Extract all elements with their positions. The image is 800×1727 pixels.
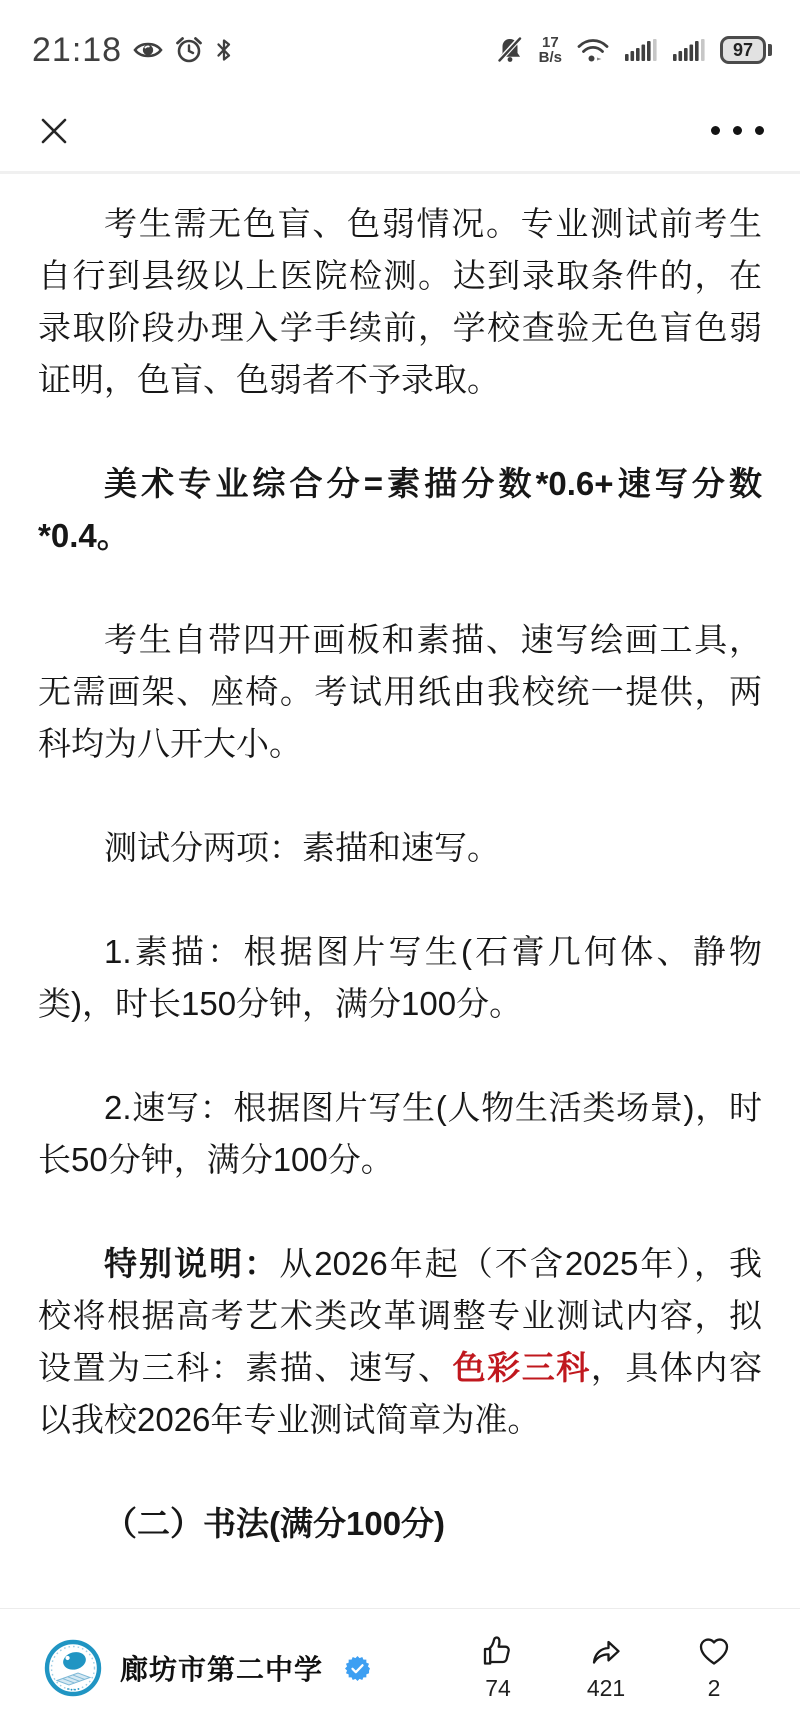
article-paragraph: 考生需无色盲、色弱情况。专业测试前考生自行到县级以上医院检测。达到录取条件的，在… [38,198,762,406]
article-paragraph: 测试分两项：素描和速写。 [38,822,762,874]
close-icon [36,113,72,149]
text-run: 1.素描：根据图片写生(石膏几何体、静物类)，时长150分钟，满分100分。 [38,933,762,1022]
text-run: *0.4。 [38,517,130,554]
article-paragraph: 2.速写：根据图片写生(人物生活类场景)，时长50分钟，满分100分。 [38,1082,762,1186]
account-logo [44,1639,102,1697]
article-paragraph: 考生自带四开画板和素描、速写绘画工具，无需画架、座椅。考试用纸由我校统一提供，两… [38,614,762,770]
battery-percent: 97 [720,36,766,64]
text-run: （二）书法(满分100分) [104,1505,445,1542]
favorite-count: 2 [708,1675,721,1702]
like-count: 74 [485,1675,511,1702]
status-bar-left: 21:18 [32,31,234,70]
text-run: 测试分两项：素描和速写。 [104,829,500,866]
battery-nub [768,44,772,56]
share-button[interactable]: 421 [576,1634,636,1702]
muted-bell-icon [495,35,525,65]
like-button[interactable]: 74 [468,1634,528,1702]
account-link[interactable]: 廊坊市第二中学 [44,1639,370,1697]
clock-time: 21:18 [32,31,122,70]
article-body[interactable]: 考生需无色盲、色弱情况。专业测试前考生自行到县级以上医院检测。达到录取条件的，在… [0,171,800,1607]
favorite-button[interactable]: 2 [684,1634,744,1702]
status-bar: 21:18 [0,0,800,90]
text-run: 美术专业综合分=素描分数*0.6+速写分数 [104,465,762,502]
eye-protection-icon [132,38,164,62]
text-run: 2.速写：根据图片写生(人物生活类场景)，时长50分钟，满分100分。 [38,1089,762,1178]
ellipsis-icon [711,126,764,135]
text-run: 考生自带四开画板和素描、速写绘画工具，无需画架、座椅。考试用纸由我校统一提供，两… [38,621,762,762]
article-paragraph: 美术专业综合分=素描分数*0.6+速写分数*0.4。 [38,458,762,562]
status-bar-right: 17 B/s [495,35,772,65]
share-count: 421 [587,1675,625,1702]
text-run: 考生需无色盲、色弱情况。专业测试前考生自行到县级以上医院检测。达到录取条件的，在… [38,205,762,398]
net-speed-indicator: 17 B/s [539,35,562,65]
alarm-clock-icon [174,35,204,65]
bluetooth-icon [214,36,234,64]
action-buttons: 74 421 2 [468,1634,744,1702]
battery-icon: 97 [720,36,772,64]
nav-bar [0,90,800,171]
verified-badge-icon [345,1656,370,1681]
article-paragraph: 1.素描：根据图片写生(石膏几何体、静物类)，时长150分钟，满分100分。 [38,926,762,1030]
highlight-red-text: 色彩三科 [453,1349,591,1386]
text-run: 特别说明： [104,1245,279,1282]
net-speed-value: 17 [542,35,559,50]
article-paragraph: （二）书法(满分100分) [38,1498,762,1550]
article-paragraph: 特别说明：从2026年起（不含2025年），我校将根据高考艺术类改革调整专业测试… [38,1238,762,1446]
account-name: 廊坊市第二中学 [120,1648,323,1688]
thumbs-up-icon [480,1634,516,1670]
heart-icon [696,1634,732,1670]
more-options-button[interactable] [705,120,770,141]
cellular-signal-icon [624,38,658,62]
share-arrow-icon [588,1634,624,1670]
cellular-signal-icon-2 [672,38,706,62]
footer-bar: 廊坊市第二中学 74 421 [0,1608,800,1727]
net-speed-unit: B/s [539,50,562,65]
close-button[interactable] [30,107,78,155]
wifi-icon [576,37,610,64]
